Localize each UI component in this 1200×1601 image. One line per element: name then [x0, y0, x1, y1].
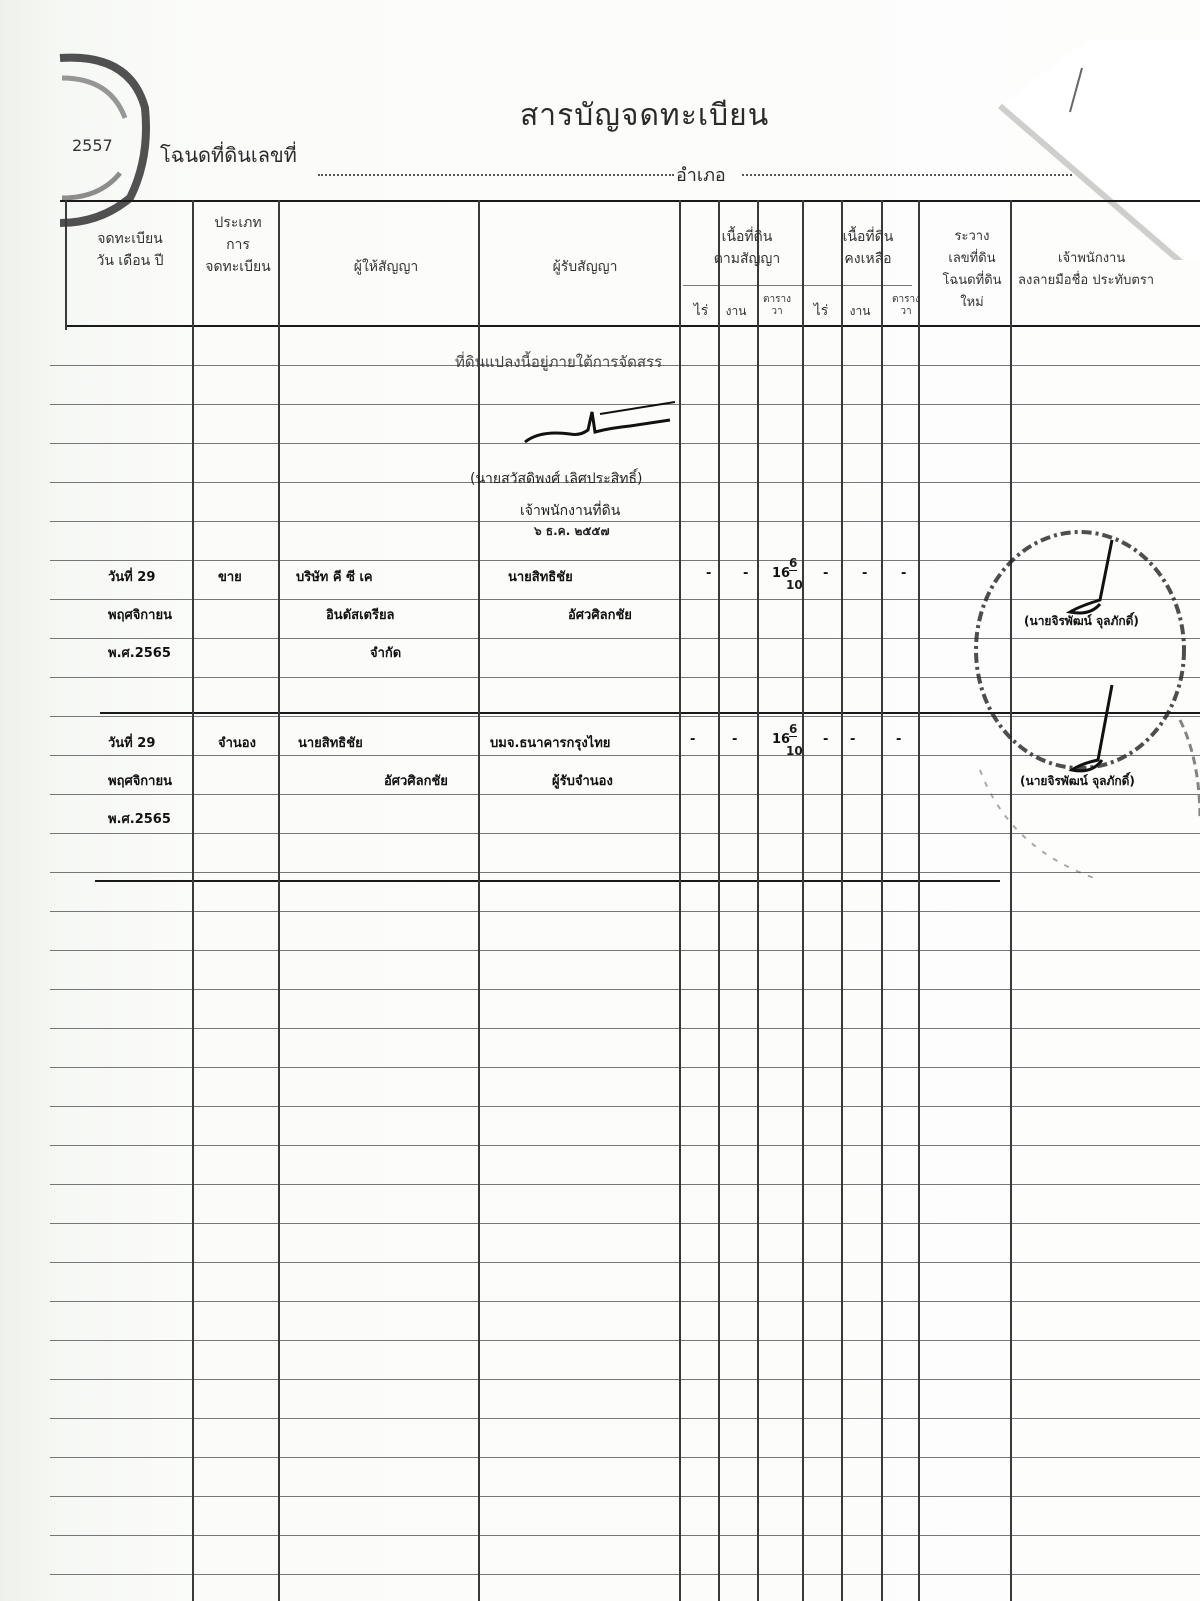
header-line: ประเภท	[196, 212, 280, 234]
grid-column-line	[65, 200, 67, 330]
area-sq-wa-denominator: 10	[786, 578, 803, 592]
area-rai: -	[706, 566, 711, 581]
header-line: ระวาง	[930, 226, 1014, 248]
grid-column-line	[192, 200, 194, 1601]
grid-column-line	[881, 200, 883, 1601]
entry-date-day: วันที่ 29	[108, 732, 155, 753]
grid-row-line	[50, 1418, 1200, 1419]
area-sq-wa-numerator: 6	[789, 722, 797, 737]
entry-grantor-line: อินดัสเตรียล	[326, 604, 395, 625]
grid-column-line	[478, 200, 480, 1601]
header-line: จดทะเบียน	[70, 228, 190, 250]
entry-type: ขาย	[218, 566, 242, 587]
signed-date: ๖ ธ.ค. ๒๕๕๗	[534, 522, 610, 541]
header-sq-wa: ตาราง วา	[758, 294, 796, 318]
header-rai: ไร่	[690, 300, 712, 322]
entry-date-month: พฤศจิกายน	[108, 770, 172, 791]
grid-column-line	[278, 200, 280, 1601]
header-line: วัน เดือน ปี	[70, 250, 190, 272]
header-ngan: งาน	[718, 300, 754, 322]
grid-column-line	[918, 200, 920, 1601]
header-line: ตาราง	[886, 294, 926, 306]
header-line: โฉนดที่ดิน	[930, 270, 1014, 292]
grid-row-line	[50, 1574, 1200, 1575]
header-parcel-info: ระวาง เลขที่ดิน โฉนดที่ดิน ใหม่	[930, 226, 1014, 314]
header-line: ตามสัญญา	[688, 248, 806, 270]
header-ngan-remaining: งาน	[842, 300, 878, 322]
grid-row-line	[50, 1184, 1200, 1185]
header-officer: เจ้าพนักงาน ลงลายมือชื่อ ประทับตรา	[1018, 248, 1200, 292]
allocation-notice: ที่ดินแปลงนี้อยู่ภายใต้การจัดสรร	[455, 350, 662, 374]
area-rai: -	[690, 732, 695, 747]
grid-row-line	[50, 1262, 1200, 1263]
deed-number-field	[318, 174, 674, 176]
grid-row-line	[50, 1028, 1200, 1029]
header-line: ลงลายมือชื่อ ประทับตรา	[1018, 270, 1200, 292]
document-title: สารบัญจดทะเบียน	[520, 92, 769, 139]
entry-grantor-line: อัศวศิลกชัย	[384, 770, 448, 791]
remaining-ngan: -	[850, 732, 855, 747]
grid-row-line	[60, 200, 1200, 202]
grid-row-line	[50, 1223, 1200, 1224]
header-line: การ	[196, 234, 280, 256]
grid-row-line	[50, 1067, 1200, 1068]
remaining-ngan: -	[862, 566, 867, 581]
grid-column-line	[718, 200, 720, 1601]
signer-name: (นายสวัสดิพงศ์ เลิศประสิทธิ์)	[470, 468, 643, 490]
header-line: ตาราง	[758, 294, 796, 306]
header-line: เนื้อที่ดิน	[688, 226, 806, 248]
grid-row-line	[65, 325, 1200, 327]
header-grantor: ผู้ให้สัญญา	[288, 256, 484, 278]
entry-grantee-line: บมจ.ธนาคารกรุงไทย	[490, 732, 610, 753]
header-grantee: ผู้รับสัญญา	[490, 256, 680, 278]
official-round-stamp-icon	[960, 520, 1200, 880]
header-line: เลขที่ดิน	[930, 248, 1014, 270]
header-line: วา	[886, 306, 926, 318]
remaining-sq-wa: -	[901, 566, 906, 581]
grid-row-line	[50, 989, 1200, 990]
amphoe-field	[742, 174, 1072, 176]
grid-row-line	[95, 880, 1000, 882]
grid-row-line	[50, 1496, 1200, 1497]
grid-row-line	[50, 1301, 1200, 1302]
seal-year: 2557	[72, 136, 113, 155]
header-registration-date: จดทะเบียน วัน เดือน ปี	[70, 228, 190, 272]
entry-grantee-line: นายสิทธิชัย	[508, 566, 573, 587]
header-area-contract: เนื้อที่ดิน ตามสัญญา	[688, 226, 806, 270]
entry-grantee-line: อัศวศิลกชัย	[568, 604, 632, 625]
header-line: คงเหลือ	[808, 248, 928, 270]
grid-row-line	[50, 1340, 1200, 1341]
header-line: เนื้อที่ดิน	[808, 226, 928, 248]
header-line: จดทะเบียน	[196, 256, 280, 278]
entry-grantor-line: บริษัท คี ซี เค	[296, 566, 373, 587]
remaining-rai: -	[823, 566, 828, 581]
grid-column-line	[802, 200, 804, 1601]
area-sq-wa-denominator: 10	[786, 744, 803, 758]
grid-row-line	[50, 1379, 1200, 1380]
grid-row-line	[50, 1457, 1200, 1458]
grid-row-line	[50, 1145, 1200, 1146]
grid-row-line	[50, 950, 1200, 951]
grid-row-line	[50, 911, 1200, 912]
remaining-sq-wa: -	[896, 732, 901, 747]
grid-column-line	[1010, 200, 1012, 1601]
signature-icon	[520, 400, 690, 450]
area-ngan: -	[732, 732, 737, 747]
header-rai-remaining: ไร่	[808, 300, 834, 322]
entry-date-year: พ.ศ.2565	[108, 808, 171, 829]
grid-row-line	[50, 1106, 1200, 1107]
grid-column-line	[757, 200, 759, 1601]
area-ngan: -	[743, 566, 748, 581]
header-area-remaining: เนื้อที่ดิน คงเหลือ	[808, 226, 928, 270]
header-line: ใหม่	[930, 292, 1014, 314]
entry-grantee-line: ผู้รับจำนอง	[552, 770, 613, 791]
area-sq-wa-numerator: 6	[789, 556, 797, 571]
entry-grantor-line: นายสิทธิชัย	[298, 732, 363, 753]
entry-grantor-line: จำกัด	[370, 642, 401, 663]
header-sq-wa-remaining: ตาราง วา	[886, 294, 926, 318]
entry-date-day: วันที่ 29	[108, 566, 155, 587]
deed-number-label: โฉนดที่ดินเลขที่	[160, 139, 297, 171]
remaining-rai: -	[823, 732, 828, 747]
header-line: วา	[758, 306, 796, 318]
header-registration-type: ประเภท การ จดทะเบียน	[196, 212, 280, 278]
entry-type: จำนอง	[218, 732, 256, 753]
header-line: เจ้าพนักงาน	[1018, 248, 1200, 270]
grid-column-line	[841, 200, 843, 1601]
entry-date-year: พ.ศ.2565	[108, 642, 171, 663]
amphoe-label: อำเภอ	[676, 160, 726, 189]
grid-row-line	[50, 1535, 1200, 1536]
signer-title: เจ้าพนักงานที่ดิน	[520, 500, 620, 522]
entry-date-month: พฤศจิกายน	[108, 604, 172, 625]
